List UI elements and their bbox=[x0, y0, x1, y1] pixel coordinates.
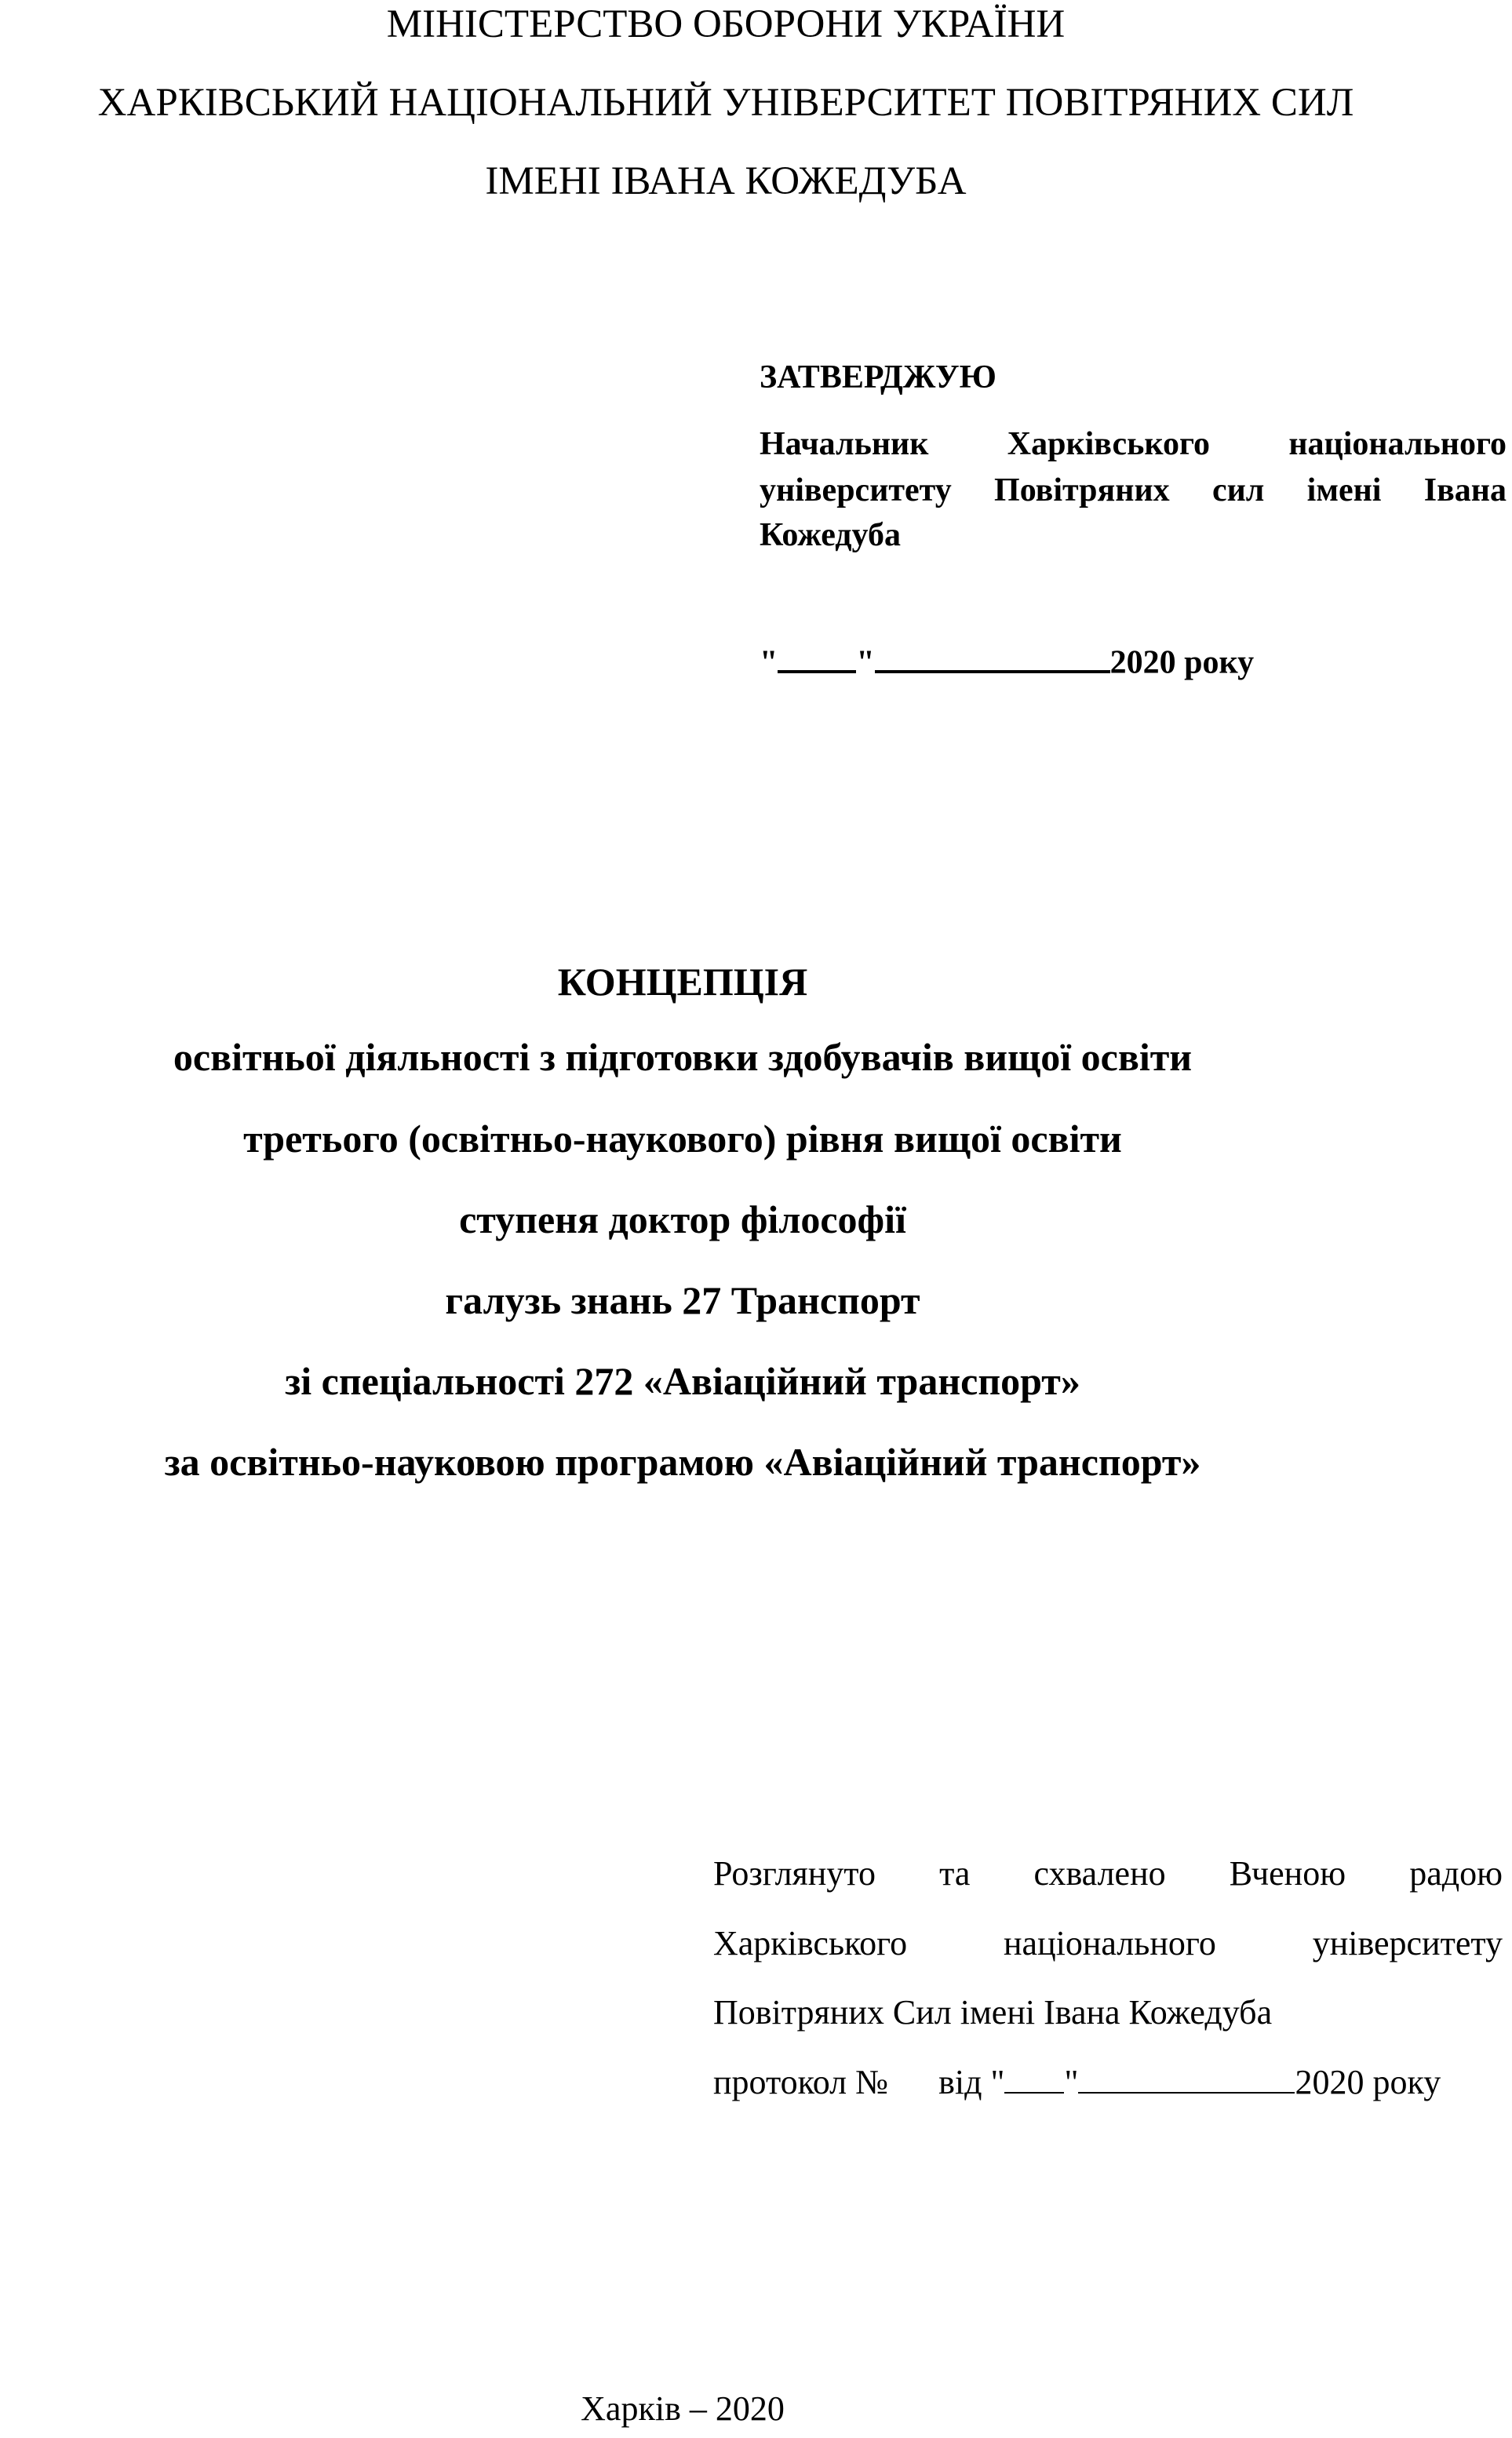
review-month-blank-field[interactable] bbox=[1078, 2066, 1295, 2094]
approval-position-line-1: Начальник Харківського національного bbox=[760, 428, 1507, 461]
review-close-quote: " bbox=[1064, 2063, 1078, 2101]
protocol-label: протокол № bbox=[713, 2063, 888, 2101]
concept-line-5: зі спеціальності 272 «Авіаційний транспо… bbox=[0, 1361, 1365, 1401]
review-line-1: Розглянуто та схвалено Вченою радою bbox=[713, 1857, 1503, 1891]
university-header: ХАРКІВСЬКИЙ НАЦІОНАЛЬНИЙ УНІВЕРСИТЕТ ПОВ… bbox=[0, 83, 1452, 123]
concept-line-2: третього (освітньо-наукового) рівня вищо… bbox=[0, 1119, 1365, 1158]
review-protocol-line: протокол №від ""2020 року bbox=[713, 2065, 1503, 2100]
footer-place-year: Харків – 2020 bbox=[0, 2392, 1365, 2426]
review-line-2: Харківського національного університету bbox=[713, 1926, 1503, 1961]
approval-heading: ЗАТВЕРДЖУЮ bbox=[760, 361, 1507, 394]
concept-heading: КОНЦЕПЦІЯ bbox=[0, 962, 1365, 1001]
concept-line-4: галузь знань 27 Транспорт bbox=[0, 1281, 1365, 1320]
date-close-quote: " bbox=[856, 645, 874, 681]
university-named-after: ІМЕНІ ІВАНА КОЖЕДУБА bbox=[0, 162, 1452, 202]
review-line-3: Повітряних Сил імені Івана Кожедуба bbox=[713, 1995, 1503, 2030]
ministry-header: МІНІСТЕРСТВО ОБОРОНИ УКРАЇНИ bbox=[0, 5, 1452, 45]
date-year: 2020 року bbox=[1110, 645, 1254, 681]
approval-date-line: ""2020 року bbox=[760, 645, 1507, 680]
concept-line-6: за освітньо-науковою програмою «Авіаційн… bbox=[0, 1442, 1365, 1481]
review-year: 2020 року bbox=[1295, 2063, 1441, 2101]
approval-position-line-3: Кожедуба bbox=[760, 519, 1507, 552]
month-blank-field[interactable] bbox=[875, 645, 1110, 673]
concept-line-1: освітньої діяльності з підготовки здобув… bbox=[0, 1037, 1365, 1077]
from-label: від " bbox=[938, 2063, 1004, 2101]
date-open-quote: " bbox=[760, 645, 778, 681]
review-day-blank-field[interactable] bbox=[1004, 2066, 1064, 2094]
approval-position-line-2: університету Повітряних сил імені Івана bbox=[760, 474, 1507, 507]
concept-line-3: ступеня доктор філософії bbox=[0, 1200, 1365, 1239]
day-blank-field[interactable] bbox=[778, 645, 856, 673]
